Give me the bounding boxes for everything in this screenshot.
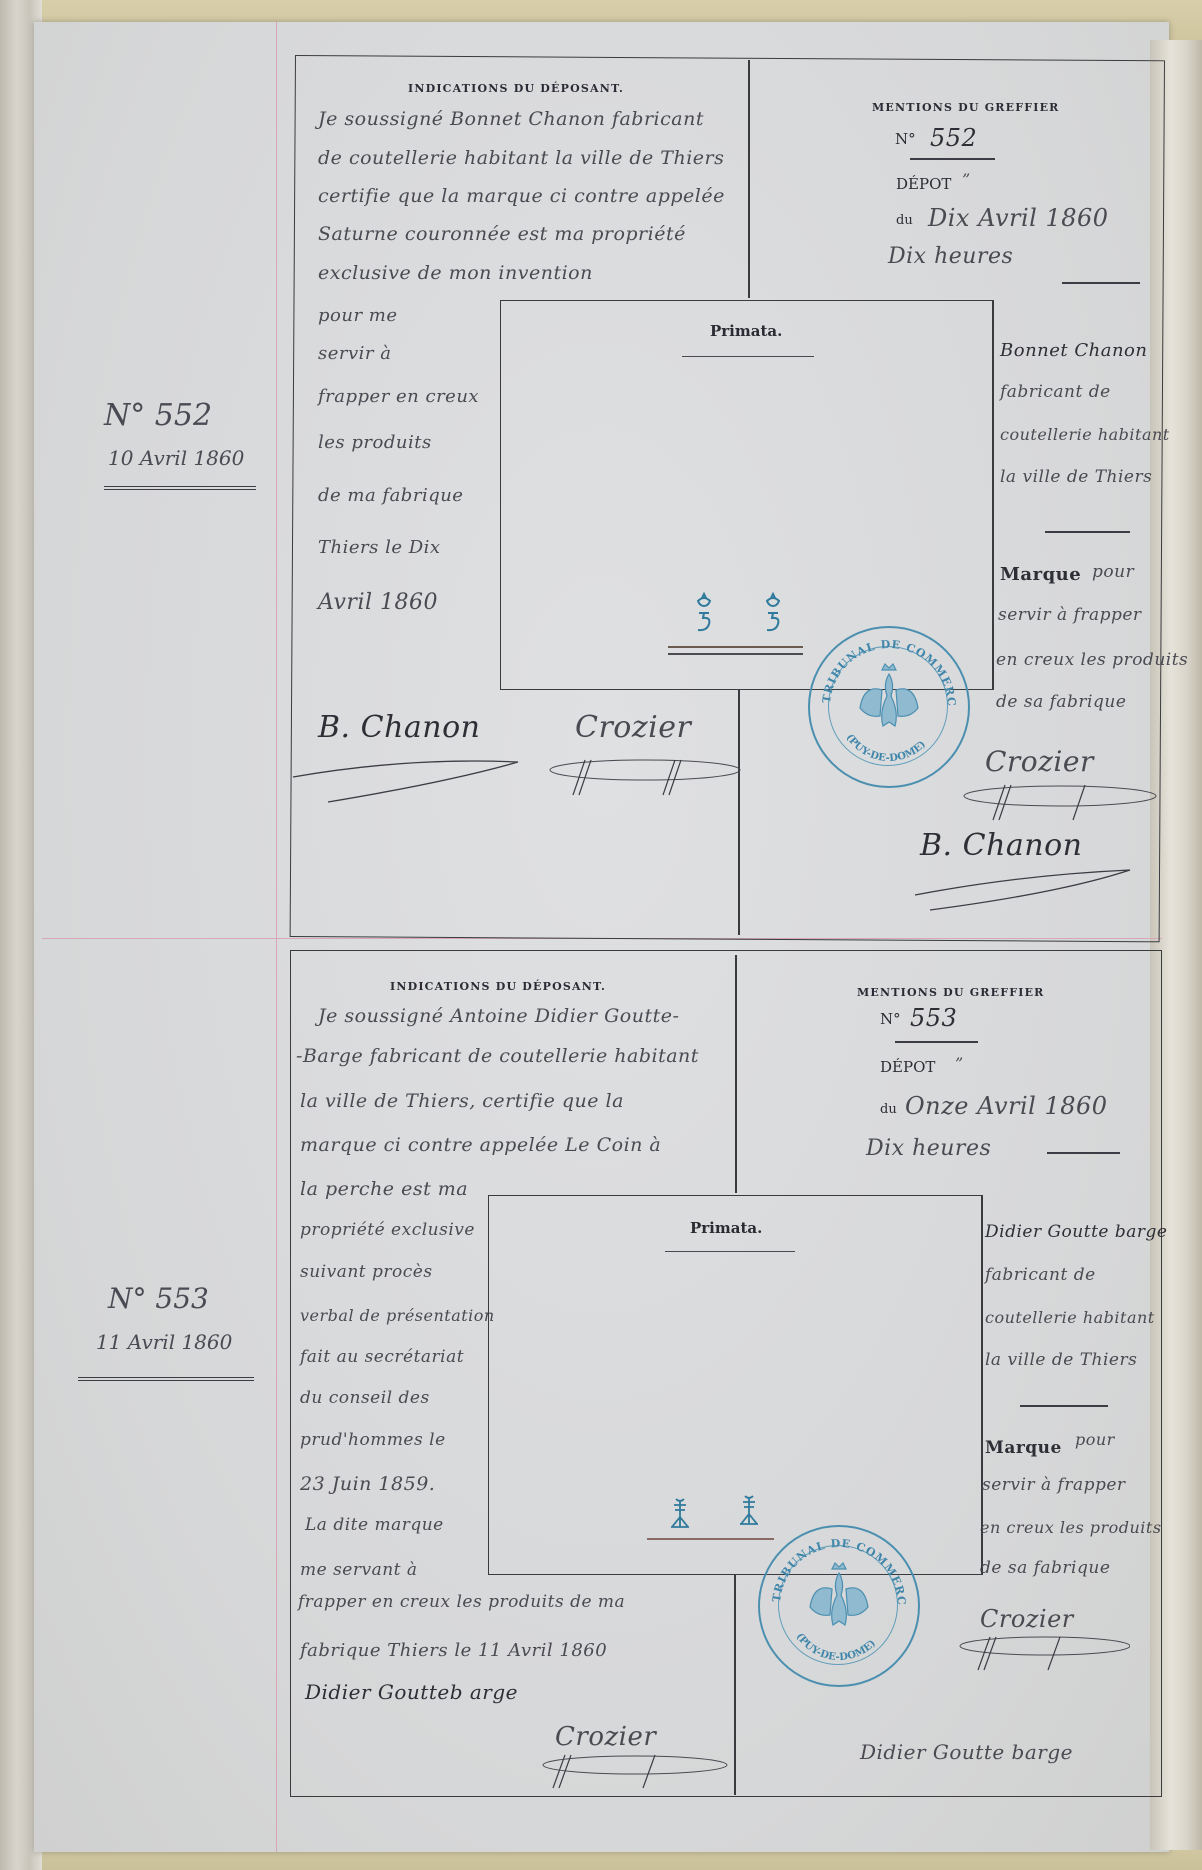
right-greffier-paraph: [960, 780, 1160, 830]
deposant-signature: Didier Goutteb arge: [305, 1680, 518, 1704]
greffier-signature: Crozier: [575, 710, 691, 745]
lower-column-divider: [738, 690, 740, 935]
marque-line-1: pour: [1075, 1430, 1115, 1449]
depot-label: DÉPOT: [896, 175, 951, 193]
deposant-line-6: pour me: [318, 305, 398, 326]
marque-line-1: pour: [1092, 562, 1134, 582]
crowned-5-mark-icon: [762, 592, 784, 637]
deposant-line-9: fait au secrétariat: [300, 1347, 464, 1367]
right-greffier-signature: Crozier: [980, 1605, 1074, 1633]
deposant-line-5: la perche est ma: [300, 1178, 468, 1200]
deposant-line-4: marque ci contre appelée Le Coin à: [300, 1134, 661, 1156]
margin-double-rule: [104, 486, 256, 487]
form-column-divider: [748, 60, 750, 298]
marque-heading: Marque: [1000, 564, 1081, 585]
greffier-signature: Crozier: [555, 1722, 656, 1752]
deposant-line-7: suivant procès: [300, 1262, 433, 1282]
margin-entry-date: 11 Avril 1860: [96, 1330, 232, 1354]
depot-ditto: ”: [962, 170, 971, 189]
deposant-line-12: Avril 1860: [318, 590, 438, 615]
svg-text:(PUY-DE-DOME): (PUY-DE-DOME): [794, 1631, 878, 1663]
right-deposant-signature: Didier Goutte barge: [860, 1740, 1073, 1764]
deposant-line-16: fabrique Thiers le 11 Avril 1860: [300, 1640, 607, 1661]
number-underline: [910, 158, 995, 160]
indications-deposant-heading: INDICATIONS DU DÉPOSANT.: [408, 82, 624, 95]
deposant-line-4: Saturne couronnée est ma propriété: [318, 223, 686, 245]
primata-underline: [682, 356, 814, 357]
du-label: du: [880, 1102, 897, 1117]
primata-underline: [665, 1251, 795, 1252]
cross-on-stand-mark-icon: [737, 1494, 761, 1531]
right-deposant-signature: B. Chanon: [920, 828, 1082, 863]
right-signature-flourish: [910, 865, 1140, 915]
right-column-rule: [1020, 1405, 1108, 1407]
cross-on-stand-mark-icon: [668, 1497, 692, 1534]
margin-double-rule: [78, 1377, 254, 1378]
mentions-greffier-heading: MENTIONS DU GREFFIER: [857, 986, 1045, 999]
deposant-line-10: du conseil des: [300, 1388, 430, 1408]
greffier-paraph: [545, 755, 745, 805]
right-greffier-paraph: [950, 1632, 1130, 1682]
deposant-line-9: les produits: [318, 432, 432, 453]
greffier-paraph: [535, 1750, 735, 1800]
deposit-date: Onze Avril 1860: [905, 1092, 1108, 1120]
deposant-line-11: prud'hommes le: [300, 1430, 446, 1450]
right-line-2: coutellerie habitant: [1000, 425, 1170, 444]
deposant-line-1: Je soussigné Antoine Didier Goutte-: [318, 1005, 679, 1027]
signature-flourish: [288, 752, 528, 812]
deposant-line-15: frapper en creux les produits de ma: [298, 1592, 625, 1612]
primata-title: Primata.: [690, 1219, 762, 1237]
deposant-line-7: servir à: [318, 343, 391, 364]
mark-baseline-rule: [668, 646, 803, 655]
du-label: du: [896, 213, 913, 228]
deposant-line-8: verbal de présentation: [300, 1306, 495, 1325]
right-line-3: la ville de Thiers: [985, 1350, 1137, 1370]
deposant-line-8: frapper en creux: [318, 386, 479, 407]
number-underline: [895, 1041, 978, 1043]
right-column-rule: [1045, 531, 1130, 533]
marque-line-2: servir à frapper: [998, 605, 1142, 625]
deposant-line-12: 23 Juin 1859.: [300, 1473, 435, 1495]
deposant-line-3: la ville de Thiers, certifie que la: [300, 1090, 624, 1112]
deposit-number: 553: [910, 1004, 957, 1032]
hour-rule: [1062, 282, 1140, 284]
mark-baseline-rule: [647, 1538, 774, 1542]
marque-line-2: servir à frapper: [982, 1475, 1126, 1495]
margin-entry-number: N° 552: [104, 398, 212, 433]
margin-rule-vertical: [276, 22, 277, 1852]
crowned-5-mark-icon: [693, 592, 715, 637]
deposit-date: Dix Avril 1860: [928, 204, 1109, 232]
primata-title: Primata.: [710, 322, 782, 340]
marque-line-3: en creux les produits: [980, 1518, 1162, 1537]
deposant-line-10: de ma fabrique: [318, 485, 463, 506]
right-line-1: fabricant de: [985, 1265, 1096, 1285]
deposant-line-11: Thiers le Dix: [318, 537, 441, 558]
marque-heading: Marque: [985, 1438, 1062, 1458]
depot-label: DÉPOT: [880, 1058, 935, 1076]
right-greffier-signature: Crozier: [985, 745, 1094, 778]
marque-line-3: en creux les produits: [996, 650, 1188, 670]
margin-entry-date: 10 Avril 1860: [108, 446, 244, 470]
mark-impression-box: [488, 1195, 982, 1575]
deposant-line-14: me servant à: [300, 1560, 418, 1580]
svg-text:(PUY-DE-DOME): (PUY-DE-DOME): [844, 732, 928, 764]
number-label: N°: [895, 130, 916, 148]
deposant-line-13: La dite marque: [305, 1515, 444, 1535]
number-label: N°: [880, 1010, 901, 1028]
deposant-line-3: certifie que la marque ci contre appelée: [318, 185, 725, 207]
depot-ditto: ”: [955, 1054, 964, 1073]
deposant-line-2: -Barge fabricant de coutellerie habitant: [296, 1045, 699, 1067]
marque-line-4: de sa fabrique: [996, 692, 1126, 712]
deposant-line-6: propriété exclusive: [300, 1220, 475, 1240]
mentions-greffier-heading: MENTIONS DU GREFFIER: [872, 101, 1060, 114]
hour-rule: [1047, 1152, 1120, 1154]
deposant-signature: B. Chanon: [318, 710, 480, 745]
tribunal-stamp: TRIBUNAL DE COMMERCE DE THIERS (PUY-DE-D…: [808, 626, 970, 788]
deposit-hour: Dix heures: [866, 1136, 991, 1161]
indications-deposant-heading: INDICATIONS DU DÉPOSANT.: [390, 980, 606, 993]
deposant-line-5: exclusive de mon invention: [318, 262, 593, 284]
deposant-line-1: Je soussigné Bonnet Chanon fabricant: [318, 108, 704, 130]
form-column-divider: [735, 955, 737, 1193]
tribunal-stamp: TRIBUNAL DE COMMERCE DE THIERS (PUY-DE-D…: [758, 1525, 920, 1687]
right-line-2: coutellerie habitant: [985, 1308, 1155, 1327]
eagle-seal-icon: TRIBUNAL DE COMMERCE DE THIERS (PUY-DE-D…: [760, 1527, 918, 1685]
eagle-seal-icon: TRIBUNAL DE COMMERCE DE THIERS (PUY-DE-D…: [810, 628, 968, 786]
marque-line-4: de sa fabrique: [980, 1558, 1110, 1578]
right-line-1: fabricant de: [1000, 382, 1111, 402]
margin-entry-number: N° 553: [108, 1282, 209, 1315]
right-line-3: la ville de Thiers: [1000, 467, 1152, 487]
deposant-line-2: de coutellerie habitant la ville de Thie…: [318, 147, 724, 169]
deposit-number: 552: [930, 124, 977, 152]
depositor-name: Didier Goutte barge: [985, 1222, 1167, 1242]
deposit-hour: Dix heures: [888, 244, 1013, 269]
depositor-name: Bonnet Chanon: [1000, 340, 1147, 361]
